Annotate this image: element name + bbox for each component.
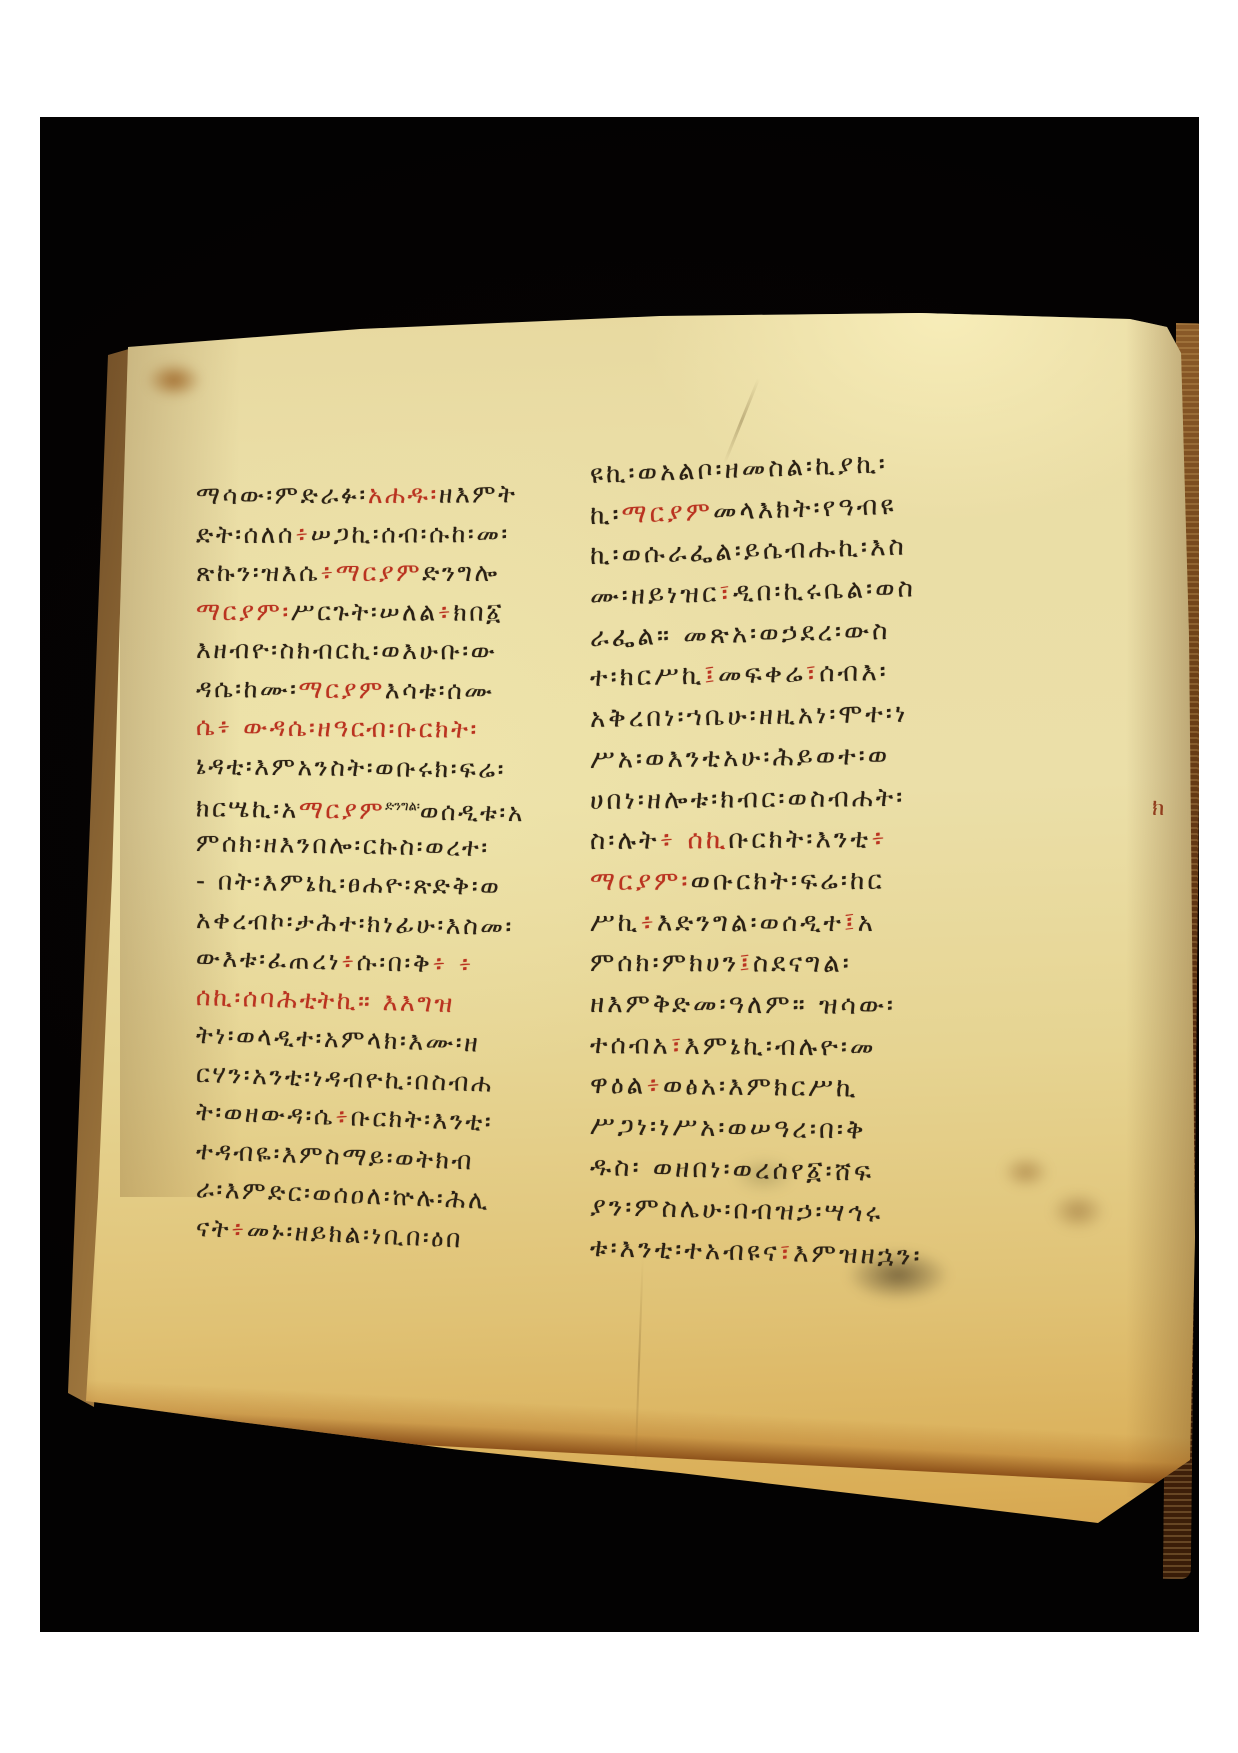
body-text: ቡርክት፡እንቲ፡ (350, 1102, 494, 1136)
manuscript-text-line: ሴ፥ ውዳሴ፡ዘዓርብ፡ቡርክት፡ (196, 708, 612, 751)
body-text: ሥጋነ፡ነሥአ፡ወሠዓረ፡በ፡ቅ (590, 1111, 867, 1146)
body-text: ድት፡ሰለሰ (196, 519, 295, 548)
body-text: ራ፡እምድር፡ወሰዐለ፡ኵሉ፡ሕሊ (196, 1174, 491, 1215)
body-text: ዲበ፡ኪሩቤል፡ወስ (733, 573, 917, 608)
manuscript-text-line: ምሰክ፡ምክሀን፤ስደናግል፡ (590, 943, 1098, 985)
rubric-text: ፥ (231, 1214, 248, 1244)
body-text: ተሰብአ (590, 1030, 671, 1061)
body-text: ሥአ፡ወእንቲአሁ፡ሕይወተ፡ወ (590, 741, 890, 775)
body-text: - በት፡እምኔኪ፡ፀሐዮ፡ጽድቅ፡ወ (196, 866, 502, 901)
body-text: ዩኪ፡ወአልቦ፡ዘመስል፡ኪያኪ፡ (590, 455, 888, 490)
manuscript-text-line: ድት፡ሰለሰ፥ሠጋኪ፡ሰብ፡ሱከ፡መ፡ (196, 514, 612, 554)
body-text: ማሳው፡ምድራፉ፡ (196, 480, 368, 510)
body-text: ናት (196, 1213, 232, 1243)
rubric-text: ፤ (844, 908, 858, 938)
manuscript-text-line: ሀበነ፡ዘሎቱ፡ክብር፡ወስብሐት፡ (590, 775, 1098, 821)
manuscript-text-line: ዳሴ፡ከሙ፡ማርያምእሳቱ፡ሰሙ (196, 670, 612, 712)
rubric-text: ፥ (438, 597, 454, 626)
manuscript-text-line: ተሰብአ፣እምኔኪ፡ብሉዮ፡መ (590, 1025, 1098, 1071)
manuscript-page: ማሳው፡ምድራፉ፡አሐዱ፡ዘእምትድት፡ሰለሰ፥ሠጋኪ፡ሰብ፡ሱከ፡መ፡ጽኩን፡… (40, 117, 1199, 1632)
manuscript-text-line: ኔዳቲ፡እምአንስት፡ወቡሩክ፡ፍሬ፡ (196, 747, 612, 791)
body-text: ያን፡ምስሌሁ፡በብዝኃ፡ሣኅሩ (590, 1192, 884, 1229)
manuscript-text-line: ማሳው፡ምድራፉ፡አሐዱ፡ዘእምት (196, 477, 612, 515)
rubric-text: ሰኪ፡ሰባሕቲትኪ። እእግዝ (196, 982, 455, 1018)
body-text: እምኔኪ፡ብሉዮ፡መ (684, 1031, 876, 1063)
body-text: ስደናግል፡ (753, 949, 852, 979)
body-text: መላእክት፡የዓብዩ (712, 490, 896, 526)
body-text: ዋዕል (590, 1070, 646, 1101)
body-text: ውእቱ፡ፈጠረነ (196, 943, 341, 976)
text-column-right: ዩኪ፡ወአልቦ፡ዘመስል፡ኪያኪ፡ኪ፡ማርያምመላእክት፡የዓብዩኪ፡ወሱራፌል… (590, 455, 1098, 1315)
body-text: እዘብዮ፡ስክብርኪ፡ወእሁቡ፡ው (196, 635, 497, 665)
manuscript-text-line: እዘብዮ፡ስክብርኪ፡ወእሁቡ፡ው (196, 631, 612, 672)
body-text: ክርሤኪ፡አ (196, 793, 299, 824)
body-text: መፍቀሬ (718, 659, 806, 691)
rubric-text: ፥ ሰኪ (659, 825, 728, 855)
body-text: ወፅአ፡እምክርሥኪ (663, 1071, 859, 1104)
rubric-text: ማርያም (298, 674, 385, 704)
manuscript-text-line: ሥኪ፥እድንግል፡ወሰዲተ፤አ (590, 902, 1098, 943)
rubric-text: ፥ ፥ (432, 949, 475, 979)
body-text: ተ፡ክርሥኪ (590, 661, 705, 693)
body-text: ት፡ወዘውዳ፡ሴ (196, 1097, 336, 1131)
body-text: ቡርክት፡እንቲ (728, 824, 871, 855)
manuscript-text-line: ሥአ፡ወእንቲአሁ፡ሕይወተ፡ወ (590, 733, 1098, 781)
parchment-stain (146, 362, 202, 398)
body-text: ምሰክ፡ምክሀን (590, 948, 739, 978)
rubric-text: ፣ (779, 1238, 793, 1268)
rubric-text: አሐዱ፡ (368, 480, 439, 509)
body-text: ሱ፡በ፡ቅ (356, 947, 432, 978)
body-text: ወሰዲቱ፡አ (420, 797, 526, 828)
manuscript-text-line: ማርያም፡ሥርጉት፡ሠለል፥ክበ፩ (196, 593, 612, 632)
parchment-scratch (723, 378, 760, 464)
body-text: ክበ፩ (453, 597, 504, 626)
manuscript-text-line: ማርያም፡ወቡርክት፡ፍሬ፡ከር (590, 860, 1098, 902)
body-text: ርሃን፡አንቲ፡ነዳብዮኪ፡በስብሐ (196, 1059, 494, 1098)
body-text: ዳሴ፡ከሙ፡ (196, 674, 299, 704)
manuscript-text-line: ስ፡ሉት፥ ሰኪቡርክት፡እንቲ፥ (590, 818, 1098, 862)
body-text: ሙ፡ዘይነዝር (590, 579, 720, 612)
rubric-text: ማርያም (299, 795, 386, 825)
rubric-text: ፥ (640, 908, 657, 938)
body-text: አቀረብኮ፡ታሕተ፡ክነፊሁ፡እስመ፡ (196, 905, 514, 941)
body-text: ትነ፡ወላዲተ፡አምላክ፡እሙ፡ዘ (196, 1020, 481, 1058)
text-column-left: ማሳው፡ምድራፉ፡አሐዱ፡ዘእምትድት፡ሰለሰ፥ሠጋኪ፡ሰብ፡ሱከ፡መ፡ጽኩን፡… (196, 477, 612, 1277)
rubric-text: ማርያም፡ (196, 597, 291, 626)
rubric-text: ፥ (871, 824, 888, 854)
body-text: ሥርጉት፡ሠለል (291, 597, 438, 626)
body-text: ቱ፡እንቲ፡ተአብዩና (590, 1233, 780, 1268)
rubric-text: ፥ማርያም (320, 558, 422, 587)
rubric-text: ፥ (341, 947, 357, 976)
rubric-text: ፥ (295, 519, 311, 548)
body-text: ተዳብዬ፡እምስማይ፡ወትክብ (196, 1136, 474, 1175)
rubric-text: ፥ (646, 1071, 663, 1101)
rubric-text: ፣ (719, 578, 733, 608)
body-text: አቅረበነ፡ኀቤሁ፡ዘዚአነ፡ሞተ፡ነ (590, 699, 909, 734)
body-text: ጽኩን፡ዝእሴ (196, 558, 320, 587)
body-text: እሳቱ፡ሰሙ (385, 675, 495, 705)
manuscript-text-line: ክርሤኪ፡አማርያምድንግል፡ወሰዲቱ፡አ (196, 785, 612, 830)
body-text: ስ፡ሉት (590, 826, 660, 856)
body-text: ድንግል፡ (385, 799, 420, 815)
body-text: ኪ፡ወሱራፌል፡ይሴብሑኪ፡እስ (590, 532, 907, 571)
body-text: ሥኪ (590, 908, 640, 938)
body-text: መኑ፡ዘይክል፡ነቢበ፡ዕበ (246, 1215, 463, 1253)
rubric-text: ፣ (671, 1030, 685, 1060)
body-text: ዘእምት (439, 479, 518, 508)
rubric-text: ፤ (704, 661, 718, 691)
manuscript-text-line: ጽኩን፡ዝእሴ፥ማርያምድንግሎ (196, 554, 612, 593)
manuscript-text-line: አቅረበነ፡ኀቤሁ፡ዘዚአነ፡ሞተ፡ነ (590, 691, 1098, 740)
body-text: ራፌል። መጽአ፡ወኃደረ፡ውስ (590, 616, 891, 653)
body-text: ዱስ፡ ወዘበነ፡ወረሰየ፩፡ሸፍ (590, 1152, 874, 1188)
scanned-photo-sheet: ማሳው፡ምድራፉ፡አሐዱ፡ዘእምትድት፡ሰለሰ፥ሠጋኪ፡ሰብ፡ሱከ፡መ፡ጽኩን፡… (0, 0, 1238, 1753)
manuscript-text-line: ዘእምቅድመ፡ዓለም። ዝሳው፡ (590, 984, 1098, 1028)
rubric-text: ማርያም፡ (590, 867, 691, 897)
body-text: ሰብእ፡ (819, 657, 889, 688)
body-text: እድንግል፡ወሰዲተ (657, 908, 844, 938)
body-text: ኔዳቲ፡እምአንስት፡ወቡሩክ፡ፍሬ፡ (196, 751, 506, 784)
body-text: ወቡርክት፡ፍሬ፡ከር (690, 866, 884, 897)
body-text: ድንግሎ (422, 558, 500, 587)
rubric-text: ሴ፥ ውዳሴ፡ዘዓርብ፡ቡርክት፡ (196, 712, 479, 744)
body-text: እምዝዘኋን፡ (793, 1238, 923, 1271)
body-text: አ (858, 908, 876, 938)
rubric-text: ፣ (805, 659, 819, 689)
body-text: ምሰክ፡ዘእንበሎ፡ርኩስ፡ወረተ፡ (196, 828, 490, 862)
manuscript-text-line: ዋዕል፥ወፅአ፡እምክርሥኪ (590, 1065, 1098, 1112)
body-text: ዘእምቅድመ፡ዓለም። ዝሳው፡ (590, 989, 896, 1021)
body-text: ኪ፡ (590, 500, 622, 531)
manuscript-photo: ማሳው፡ምድራፉ፡አሐዱ፡ዘእምትድት፡ሰለሰ፥ሠጋኪ፡ሰብ፡ሱከ፡መ፡ጽኩን፡… (40, 117, 1199, 1632)
rubric-text: ፥ (335, 1102, 352, 1132)
rubric-text: ማርያም (621, 497, 713, 530)
body-text: ሀበነ፡ዘሎቱ፡ክብር፡ወስብሐት፡ (590, 782, 905, 815)
margin-note-glyph: ክ (1152, 795, 1164, 821)
body-text: ሠጋኪ፡ሰብ፡ሱከ፡መ፡ (311, 519, 510, 549)
rubric-text: ፤ (739, 949, 753, 979)
